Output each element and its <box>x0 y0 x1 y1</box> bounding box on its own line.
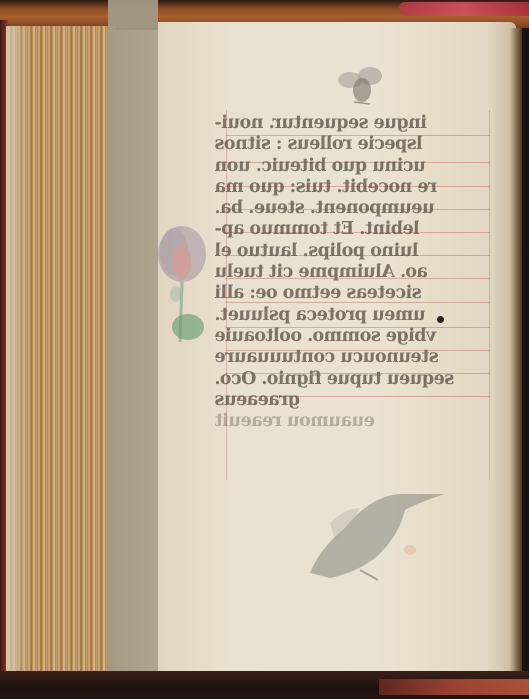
page-fore-edge <box>510 28 522 678</box>
text-line: ueumponent. steue. ba. <box>215 198 495 219</box>
text-line: ucinu quo biteuic. uon <box>215 156 495 177</box>
text-line: sequeu tupue fignio. Oco. <box>215 369 495 390</box>
page-edges-highlight <box>6 26 26 676</box>
manuscript-text-block: ingue sequentur. noui- lspecie rolleus :… <box>215 113 495 432</box>
text-line: umeu proteca psluuet. <box>215 305 495 326</box>
text-line: vbige sommo. ooltoauie <box>215 326 495 347</box>
text-line: re nocebit. tuis: quo ma <box>215 177 495 198</box>
text-line: lebint. Et tommuo ap- <box>215 219 495 240</box>
text-line: steunoucu contuuuaure <box>215 347 495 368</box>
insect-illustration-icon <box>336 62 386 108</box>
flower-illustration-icon <box>152 222 212 362</box>
bird-illustration-icon <box>300 478 450 588</box>
manuscript-photo: ingue sequentur. noui- lspecie rolleus :… <box>0 0 529 699</box>
text-line: luino polips. lautuo el <box>215 241 495 262</box>
text-line: ingue sequentur. noui- <box>215 113 495 134</box>
text-line-faint: euaumou reaeuit <box>215 411 495 432</box>
text-line: ao. Aluimpme cit tuelu <box>215 262 495 283</box>
ink-blot <box>437 316 444 323</box>
text-line: graeaeus <box>215 390 495 411</box>
text-line: lspecie rolleus : sitnos <box>215 134 495 155</box>
text-line: siceteas eetmo oe: alli <box>215 283 495 304</box>
ribbon-bookmark-top <box>399 2 529 16</box>
ribbon-bookmark-bottom <box>379 679 529 695</box>
